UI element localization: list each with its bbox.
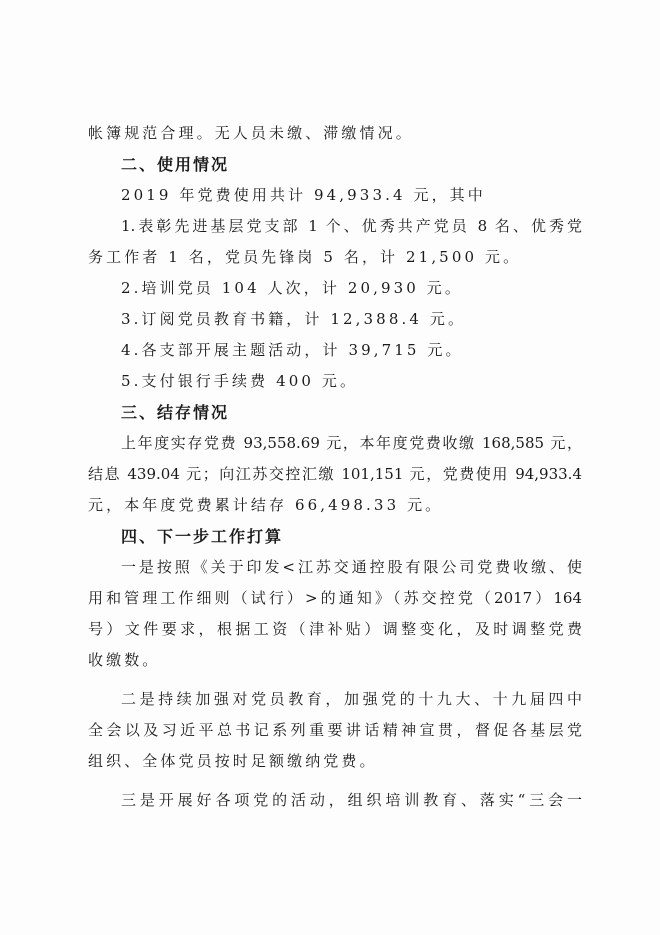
section-heading-balance: 三、结存情况 xyxy=(121,397,582,428)
paragraph-line: 组织、全体党员按时足额缴纳党费。 xyxy=(88,746,582,777)
document-page: 帐簿规范合理。无人员未缴、滞缴情况。 二、使用情况 2019 年党费使用共计 9… xyxy=(0,0,660,935)
paragraph-line: 4.各支部开展主题活动，计 39,715 元。 xyxy=(121,335,582,366)
paragraph-line: 三是开展好各项党的活动，组织培训教育、落实“三会一 xyxy=(121,785,582,816)
paragraph-line: 3.订阅党员教育书籍，计 12,388.4 元。 xyxy=(121,304,582,335)
paragraph-line: 号）文件要求，根据工资（津补贴）调整变化，及时调整党费 xyxy=(88,614,582,645)
paragraph-line: 全会以及习近平总书记系列重要讲话精神宣贯，督促各基层党 xyxy=(88,715,582,746)
paragraph-line: 上年度实存党费 93,558.69 元，本年度党费收缴 168,585 元， xyxy=(121,428,582,459)
paragraph-line: 结息 439.04 元；向江苏交控汇缴 101,151 元，党费使用 94,93… xyxy=(88,459,582,490)
paragraph-line: 元，本年度党费累计结存 66,498.33 元。 xyxy=(88,490,582,521)
paragraph-line: 务工作者 1 名，党员先锋岗 5 名，计 21,500 元。 xyxy=(88,242,582,273)
paragraph-line: 1.表彰先进基层党支部 1 个、优秀共产党员 8 名、优秀党 xyxy=(121,211,582,242)
paragraph-line: 2019 年党费使用共计 94,933.4 元，其中 xyxy=(121,180,582,211)
paragraph-line: 5.支付银行手续费 400 元。 xyxy=(121,366,582,397)
paragraph-line: 一是按照《关于印发<江苏交通控股有限公司党费收缴、使 xyxy=(121,552,582,583)
section-heading-next-steps: 四、下一步工作打算 xyxy=(121,521,582,552)
section-heading-usage: 二、使用情况 xyxy=(121,149,582,180)
paragraph-line: 帐簿规范合理。无人员未缴、滞缴情况。 xyxy=(88,118,582,149)
paragraph-line: 用和管理工作细则（试行）>的通知》（苏交控党（2017）164 xyxy=(88,583,582,614)
paragraph-line: 收缴数。 xyxy=(88,645,582,676)
paragraph-line: 2.培训党员 104 人次，计 20,930 元。 xyxy=(121,273,582,304)
paragraph-line: 二是持续加强对党员教育，加强党的十九大、十九届四中 xyxy=(121,684,582,715)
